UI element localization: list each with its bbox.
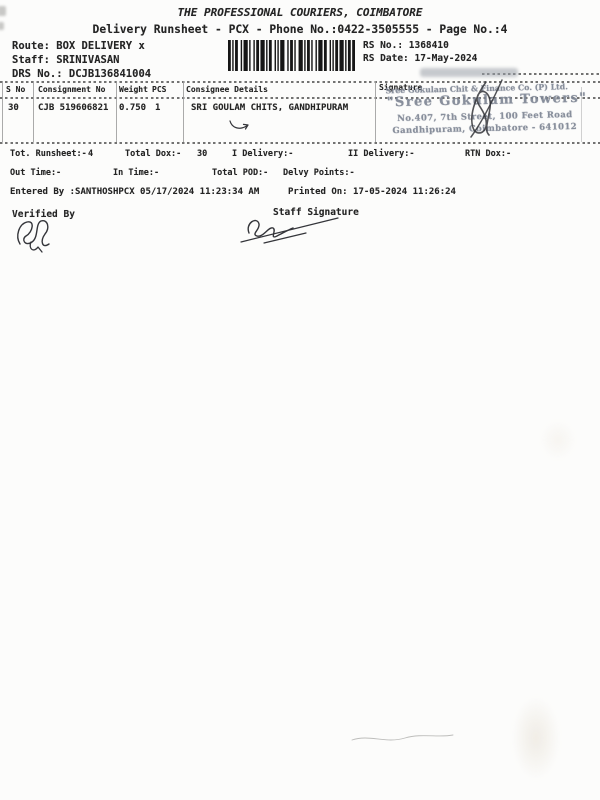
ii-delivery-label: II Delivery:- — [348, 150, 415, 159]
page-subtitle: Delivery Runsheet - PCX - Phone No.:0422… — [0, 24, 600, 36]
rs-no-line: RS No.: 1368410 — [363, 41, 449, 51]
drs-value: DCJB136841004 — [69, 68, 151, 80]
total-dox-label: Total Dox:- — [125, 150, 181, 159]
paper-stain — [540, 420, 576, 460]
rs-date-line: RS Date: 17-May-2024 — [363, 54, 477, 64]
col-header-weight: Weight — [119, 86, 148, 95]
drs-line: DRS No.: DCJB136841004 — [12, 69, 151, 81]
printed-on-line: Printed On: 17-05-2024 11:26:24 — [288, 188, 456, 198]
page-title: THE PROFESSIONAL COURIERS, COIMBATORE — [0, 7, 600, 19]
delvy-points-label: Delvy Points:- — [283, 169, 355, 178]
runsheet-document: THE PROFESSIONAL COURIERS, COIMBATORE De… — [0, 0, 600, 800]
total-dox-value: 30 — [197, 150, 207, 159]
rs-date-label: RS Date: — [363, 53, 414, 64]
scan-edge-artifact — [0, 22, 4, 30]
staff-label: Staff: — [12, 54, 56, 66]
tot-runsheet-label: Tot. Runsheet:- — [10, 150, 87, 159]
col-header-consignee: Consignee Details — [186, 86, 268, 95]
tot-runsheet-value: 4 — [88, 150, 93, 159]
cell-consignment: CJB 519606821 — [38, 104, 108, 114]
total-pod-label: Total POD:- — [212, 169, 268, 178]
rs-no-label: RS No.: — [363, 40, 409, 51]
rtn-dox-label: RTN Dox:- — [465, 150, 511, 159]
ink-smudge — [420, 68, 518, 77]
col-header-sno: S No — [6, 86, 25, 95]
table-vline — [116, 81, 117, 142]
drs-label: DRS No.: — [12, 68, 69, 80]
table-vline — [33, 81, 34, 142]
entered-by-line: Entered By :SANTHOSHPCX 05/17/2024 11:23… — [10, 188, 259, 198]
pen-mark — [228, 119, 252, 133]
route-value: BOX DELIVERY x — [56, 40, 145, 52]
rs-no-value: 1368410 — [409, 40, 449, 51]
paper-stain — [512, 696, 560, 780]
i-delivery-label: I Delivery:- — [232, 150, 293, 159]
table-vline — [2, 81, 3, 142]
table-vline — [183, 81, 184, 142]
staff-value: SRINIVASAN — [56, 54, 119, 66]
table-bottom-border — [0, 142, 600, 144]
staff-line: Staff: SRINIVASAN — [12, 55, 119, 67]
cell-sno: 30 — [8, 104, 19, 114]
verified-by-signature — [12, 216, 64, 254]
scan-edge-artifact — [0, 6, 6, 16]
paper-crease-mark — [350, 730, 456, 748]
cell-consignee: SRI GOULAM CHITS, GANDHIPURAM — [191, 104, 348, 114]
barcode-icon — [228, 40, 355, 71]
staff-signature-scribble — [236, 212, 356, 246]
rs-date-value: 17-May-2024 — [414, 53, 477, 64]
recipient-signature — [444, 78, 522, 140]
in-time-label: In Time:- — [113, 169, 159, 178]
cell-pcs: 1 — [155, 104, 160, 114]
cell-weight: 0.750 — [119, 104, 146, 114]
col-header-consignment: Consignment No — [38, 86, 105, 95]
col-header-pcs: PCS — [152, 86, 166, 95]
out-time-label: Out Time:- — [10, 169, 61, 178]
route-line: Route: BOX DELIVERY x — [12, 41, 145, 53]
route-label: Route: — [12, 40, 56, 52]
